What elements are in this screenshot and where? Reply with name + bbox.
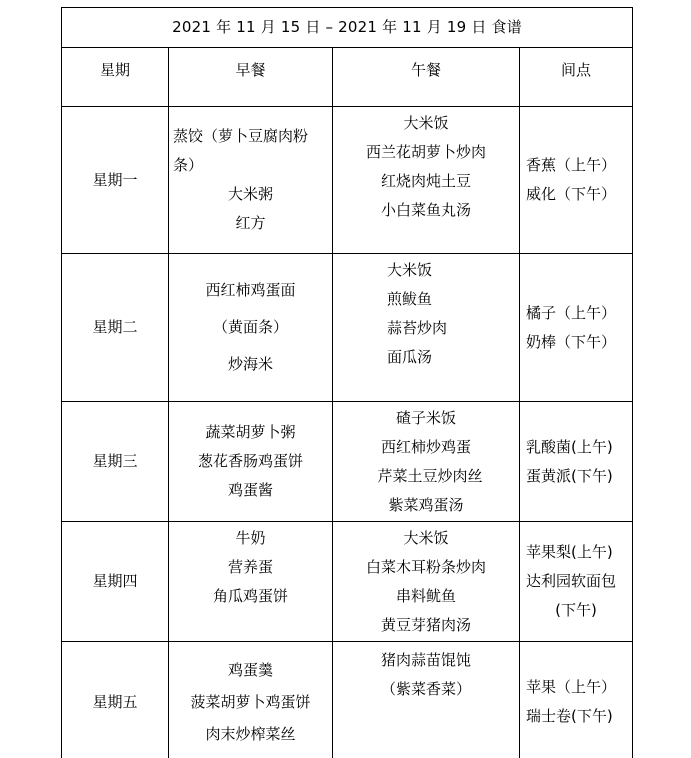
lunch-item: 红烧肉炖土豆 xyxy=(333,167,519,196)
lunch-cell: 猪肉蒜苗馄饨 （紫菜香菜） xyxy=(333,642,520,758)
lunch-item: 大米饭 xyxy=(333,524,519,553)
weekday-cell: 星期四 xyxy=(62,522,169,642)
snack-item: 达利园软面包 xyxy=(520,567,632,596)
table-row: 星期一 蒸饺（萝卜豆腐肉粉 条） 大米粥 红方 大米饭 西兰花胡萝卜炒肉 红烧肉… xyxy=(62,107,633,254)
table-row: 星期五 鸡蛋羹 菠菜胡萝卜鸡蛋饼 肉末炒榨菜丝 猪肉蒜苗馄饨 （紫菜香菜） 苹果… xyxy=(62,642,633,758)
header-snack: 间点 xyxy=(520,48,633,107)
breakfast-item: 蔬菜胡萝卜粥 xyxy=(169,418,332,447)
lunch-item: 芹菜土豆炒肉丝 xyxy=(333,462,519,491)
table-row: 星期四 牛奶 营养蛋 角瓜鸡蛋饼 大米饭 白菜木耳粉条炒肉 串料鱿鱼 黄豆芽猪肉… xyxy=(62,522,633,642)
breakfast-item: 大米粥 xyxy=(169,180,332,209)
lunch-item: 面瓜汤 xyxy=(333,343,519,372)
breakfast-item: 葱花香肠鸡蛋饼 xyxy=(169,447,332,476)
snack-item: 橘子（上午） xyxy=(520,299,632,328)
lunch-item: 小白菜鱼丸汤 xyxy=(333,196,519,225)
breakfast-item: 鸡蛋羹 xyxy=(169,654,332,686)
snack-cell: 橘子（上午） 奶棒（下午） xyxy=(520,254,633,402)
snack-item: 瑞士卷(下午) xyxy=(520,702,632,731)
breakfast-cell: 蒸饺（萝卜豆腐肉粉 条） 大米粥 红方 xyxy=(169,107,333,254)
snack-item: 香蕉（上午） xyxy=(520,151,632,180)
header-lunch: 午餐 xyxy=(333,48,520,107)
snack-cell: 苹果梨(上午) 达利园软面包 (下午) xyxy=(520,522,633,642)
breakfast-item: 红方 xyxy=(169,209,332,238)
breakfast-cell: 西红柿鸡蛋面 （黄面条） 炒海米 xyxy=(169,254,333,402)
breakfast-item: 炒海米 xyxy=(169,346,332,383)
lunch-item: （紫菜香菜） xyxy=(333,675,519,704)
snack-item: 乳酸菌(上午) xyxy=(520,433,632,462)
snack-item: 苹果梨(上午) xyxy=(520,538,632,567)
lunch-cell: 碴子米饭 西红柿炒鸡蛋 芹菜土豆炒肉丝 紫菜鸡蛋汤 xyxy=(333,402,520,522)
breakfast-item: 鸡蛋酱 xyxy=(169,476,332,505)
header-breakfast: 早餐 xyxy=(169,48,333,107)
snack-item: (下午) xyxy=(520,596,632,625)
lunch-item: 西兰花胡萝卜炒肉 xyxy=(333,138,519,167)
breakfast-item: 角瓜鸡蛋饼 xyxy=(169,582,332,611)
lunch-item: 黄豆芽猪肉汤 xyxy=(333,611,519,640)
breakfast-item: 西红柿鸡蛋面 xyxy=(169,272,332,309)
weekday-cell: 星期二 xyxy=(62,254,169,402)
snack-item: 蛋黄派(下午) xyxy=(520,462,632,491)
snack-item: 威化（下午） xyxy=(520,180,632,209)
lunch-item: 大米饭 xyxy=(333,109,519,138)
lunch-item: 碴子米饭 xyxy=(333,404,519,433)
menu-table: 2021 年 11 月 15 日 – 2021 年 11 月 19 日 食谱 星… xyxy=(61,7,633,758)
breakfast-item: （黄面条） xyxy=(169,309,332,346)
breakfast-cell: 鸡蛋羹 菠菜胡萝卜鸡蛋饼 肉末炒榨菜丝 xyxy=(169,642,333,758)
lunch-cell: 大米饭 白菜木耳粉条炒肉 串料鱿鱼 黄豆芽猪肉汤 xyxy=(333,522,520,642)
table-row: 星期二 西红柿鸡蛋面 （黄面条） 炒海米 大米饭 煎鲅鱼 蒜苔炒肉 面瓜汤 橘子… xyxy=(62,254,633,402)
breakfast-cell: 牛奶 营养蛋 角瓜鸡蛋饼 xyxy=(169,522,333,642)
breakfast-item: 营养蛋 xyxy=(169,553,332,582)
lunch-item: 蒜苔炒肉 xyxy=(333,314,519,343)
lunch-cell: 大米饭 西兰花胡萝卜炒肉 红烧肉炖土豆 小白菜鱼丸汤 xyxy=(333,107,520,254)
lunch-item: 串料鱿鱼 xyxy=(333,582,519,611)
lunch-item: 猪肉蒜苗馄饨 xyxy=(333,646,519,675)
snack-item: 奶棒（下午） xyxy=(520,328,632,357)
lunch-item: 大米饭 xyxy=(333,256,519,285)
breakfast-item: 条） xyxy=(169,151,332,180)
breakfast-item: 牛奶 xyxy=(169,524,332,553)
snack-cell: 乳酸菌(上午) 蛋黄派(下午) xyxy=(520,402,633,522)
weekday-cell: 星期五 xyxy=(62,642,169,758)
snack-cell: 苹果（上午） 瑞士卷(下午) xyxy=(520,642,633,758)
breakfast-item: 菠菜胡萝卜鸡蛋饼 xyxy=(169,686,332,718)
header-weekday: 星期 xyxy=(62,48,169,107)
table-row: 星期三 蔬菜胡萝卜粥 葱花香肠鸡蛋饼 鸡蛋酱 碴子米饭 西红柿炒鸡蛋 芹菜土豆炒… xyxy=(62,402,633,522)
lunch-cell: 大米饭 煎鲅鱼 蒜苔炒肉 面瓜汤 xyxy=(333,254,520,402)
lunch-item: 紫菜鸡蛋汤 xyxy=(333,491,519,520)
breakfast-item: 蒸饺（萝卜豆腐肉粉 xyxy=(169,122,332,151)
breakfast-cell: 蔬菜胡萝卜粥 葱花香肠鸡蛋饼 鸡蛋酱 xyxy=(169,402,333,522)
weekday-cell: 星期三 xyxy=(62,402,169,522)
breakfast-item: 肉末炒榨菜丝 xyxy=(169,718,332,750)
weekday-cell: 星期一 xyxy=(62,107,169,254)
menu-title: 2021 年 11 月 15 日 – 2021 年 11 月 19 日 食谱 xyxy=(62,8,633,48)
lunch-item: 西红柿炒鸡蛋 xyxy=(333,433,519,462)
snack-cell: 香蕉（上午） 威化（下午） xyxy=(520,107,633,254)
snack-item: 苹果（上午） xyxy=(520,673,632,702)
lunch-item: 白菜木耳粉条炒肉 xyxy=(333,553,519,582)
lunch-item: 煎鲅鱼 xyxy=(333,285,519,314)
